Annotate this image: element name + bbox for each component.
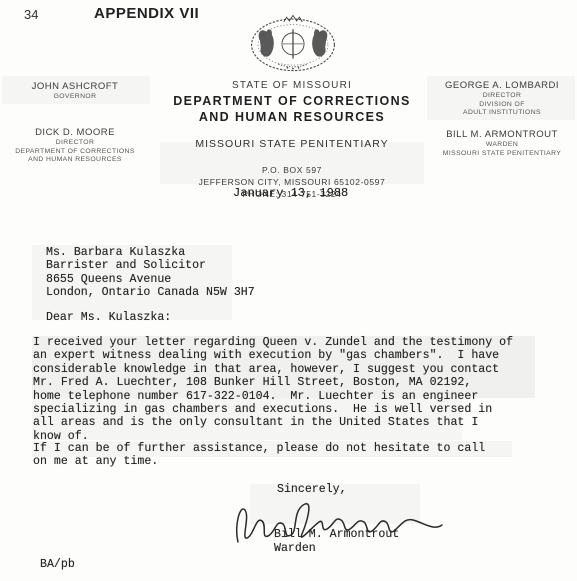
official-name: JOHN ASHCROFT bbox=[0, 82, 150, 91]
salutation: Dear Ms. Kulaszka: bbox=[46, 311, 171, 324]
official-org-line: AND HUMAN RESOURCES bbox=[0, 156, 150, 165]
appendix-title: APPENDIX VII bbox=[94, 5, 199, 22]
state-line: STATE OF MISSOURI bbox=[150, 80, 434, 91]
official-title: WARDEN bbox=[427, 141, 577, 150]
official-governor: JOHN ASHCROFT GOVERNOR bbox=[0, 82, 150, 102]
typist-initials: BA/pb bbox=[40, 558, 75, 571]
recipient-address: Ms. Barbara Kulaszka Barrister and Solic… bbox=[46, 246, 255, 300]
official-org-line: MISSOURI STATE PENITENTIARY bbox=[427, 150, 577, 159]
official-org-line: ADULT INSTITUTIONS bbox=[427, 109, 577, 118]
missouri-state-seal-icon bbox=[247, 10, 339, 76]
official-org-line: DEPARTMENT OF CORRECTIONS bbox=[0, 148, 150, 157]
official-name: BILL M. ARMONTROUT bbox=[427, 130, 577, 139]
official-director-doc: DICK D. MOORE DIRECTOR DEPARTMENT OF COR… bbox=[0, 128, 150, 165]
scanned-letter-page: 34 APPENDIX VII STATE OF MISSOURI DEPART… bbox=[0, 0, 577, 581]
official-name: DICK D. MOORE bbox=[0, 128, 150, 137]
official-title: DIRECTOR bbox=[427, 92, 577, 101]
letter-date: January 13, 1988 bbox=[233, 186, 348, 200]
official-name: GEORGE A. LOMBARDI bbox=[427, 81, 577, 90]
letterhead-center: STATE OF MISSOURI DEPARTMENT OF CORRECTI… bbox=[150, 80, 434, 200]
page-number: 34 bbox=[24, 7, 38, 22]
official-org-line: DIVISION OF bbox=[427, 101, 577, 110]
department-line-2: AND HUMAN RESOURCES bbox=[150, 110, 434, 124]
body-paragraph-2: If I can be of further assistance, pleas… bbox=[33, 442, 485, 469]
institution-line: MISSOURI STATE PENITENTIARY bbox=[150, 138, 434, 150]
official-title: DIRECTOR bbox=[0, 139, 150, 148]
official-warden: BILL M. ARMONTROUT WARDEN MISSOURI STATE… bbox=[427, 130, 577, 158]
department-line-1: DEPARTMENT OF CORRECTIONS bbox=[150, 94, 434, 108]
po-box-line: P.O. BOX 597 bbox=[150, 164, 434, 176]
signer-name-and-title: Bill M. Armontrout Warden bbox=[274, 528, 399, 555]
body-paragraph-1: I received your letter regarding Queen v… bbox=[33, 336, 513, 443]
official-director-adult: GEORGE A. LOMBARDI DIRECTOR DIVISION OF … bbox=[427, 81, 577, 118]
official-title: GOVERNOR bbox=[0, 93, 150, 102]
